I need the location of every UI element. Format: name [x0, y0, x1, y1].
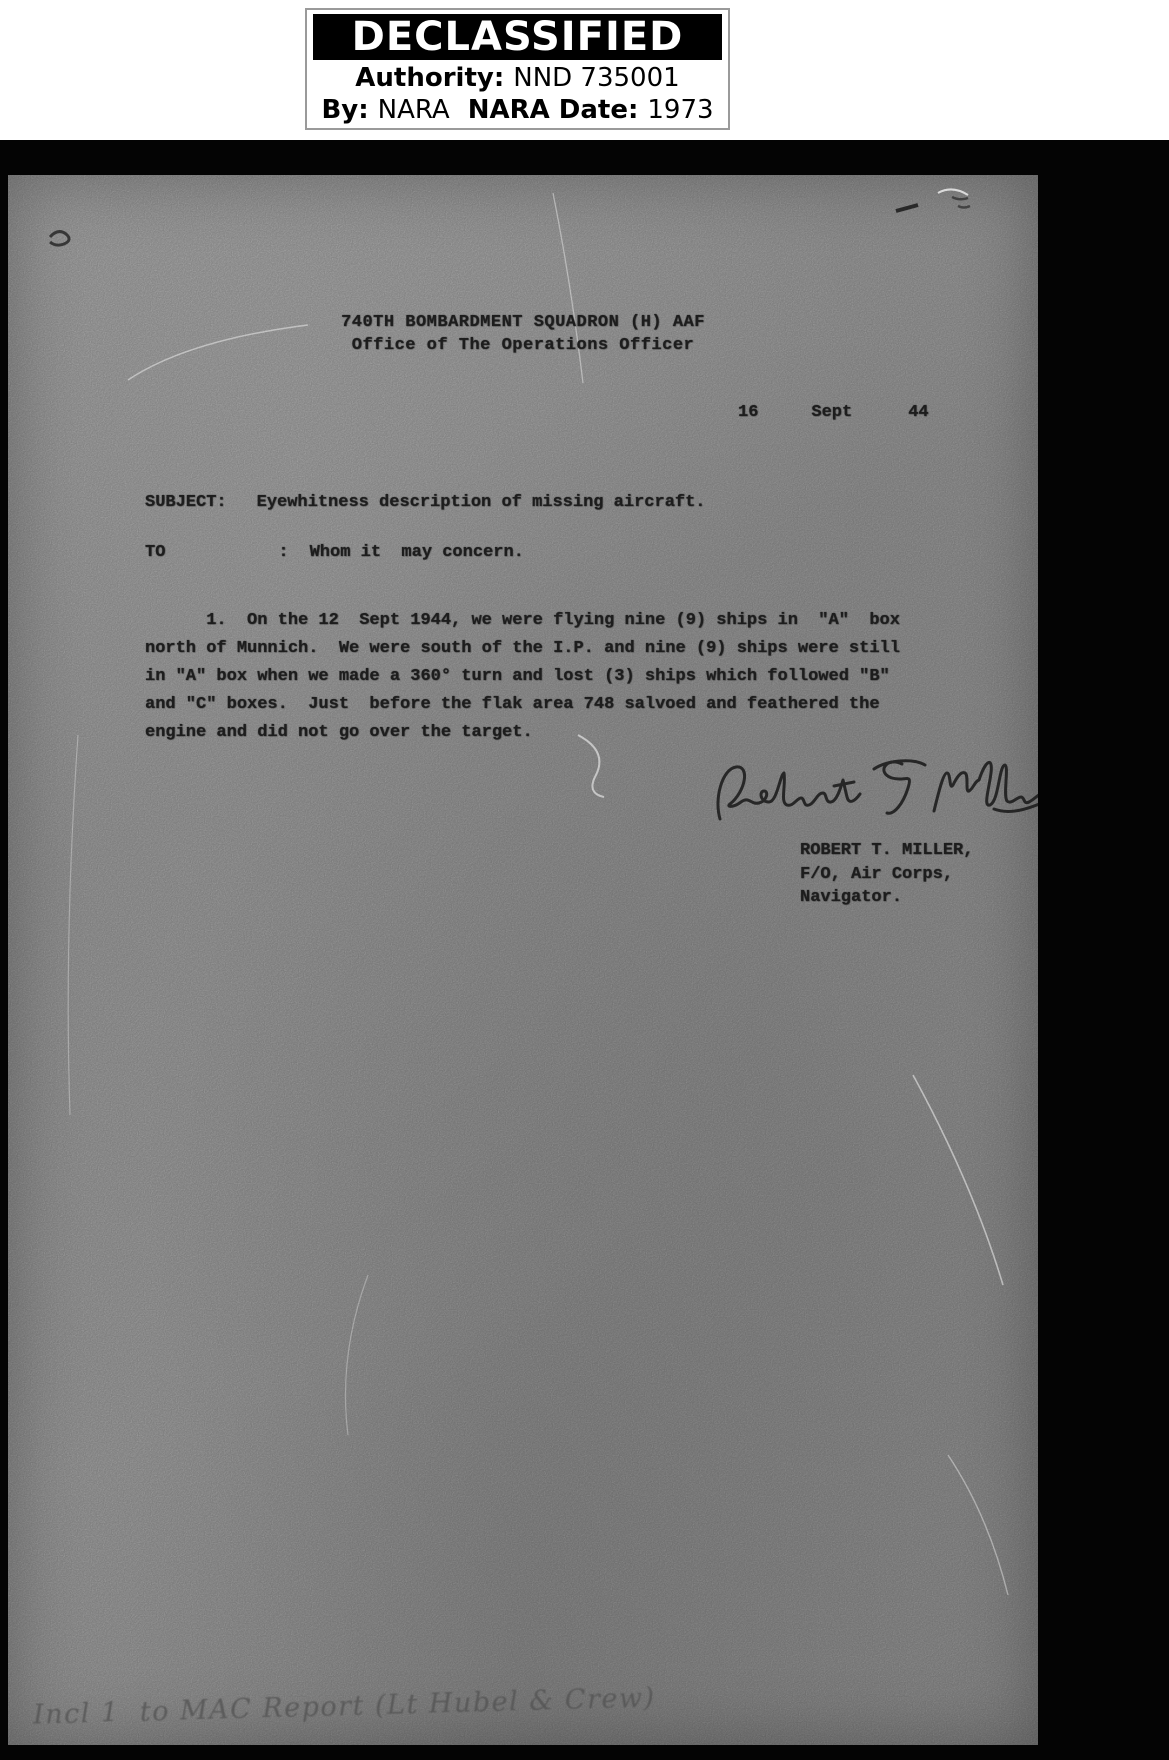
date-year: 44: [908, 403, 928, 422]
stamp-by-value: NARA: [378, 95, 450, 125]
stamp-authority-label: Authority:: [355, 63, 504, 93]
stamp-authority-line: Authority:NND 735001: [307, 62, 728, 94]
to-line: TO:Whom it may concern.: [145, 543, 524, 562]
subject-value: Eyewhitness description of missing aircr…: [257, 493, 706, 512]
signature-block: ROBERT T. MILLER, F/O, Air Corps, Naviga…: [800, 839, 973, 910]
letterhead-line1: 740TH BOMBARDMENT SQUADRON (H) AAF: [8, 311, 1038, 334]
signer-role: Navigator.: [800, 886, 973, 910]
signature-handwriting: [706, 747, 1038, 842]
subject-line: SUBJECT:Eyewhitness description of missi…: [145, 493, 706, 512]
date-day: 16: [738, 403, 758, 422]
body-paragraph: 1. On the 12 Sept 1944, we were flying n…: [145, 607, 900, 747]
signer-name: ROBERT T. MILLER,: [800, 839, 973, 863]
to-separator: :: [278, 543, 288, 562]
letterhead: 740TH BOMBARDMENT SQUADRON (H) AAF Offic…: [8, 311, 1038, 357]
handwritten-note: Incl 1 to MAC Report (Lt Hubel & Crew): [33, 1682, 656, 1730]
declassification-stamp: DECLASSIFIED Authority:NND 735001 By:NAR…: [305, 8, 730, 130]
to-label: TO: [145, 543, 165, 562]
letterhead-line2: Office of The Operations Officer: [8, 334, 1038, 357]
stamp-date-label: NARA Date:: [468, 95, 639, 125]
declassification-stamp-area: DECLASSIFIED Authority:NND 735001 By:NAR…: [0, 0, 1169, 140]
stamp-by-label: By:: [321, 95, 368, 125]
date-month: Sept: [811, 403, 852, 422]
document-scan: 740TH BOMBARDMENT SQUADRON (H) AAF Offic…: [0, 140, 1169, 1760]
stamp-authority-value: NND 735001: [513, 63, 679, 93]
paper-sheet: 740TH BOMBARDMENT SQUADRON (H) AAF Offic…: [8, 175, 1038, 1745]
date-line: 16Sept44: [738, 403, 929, 422]
stamp-title: DECLASSIFIED: [313, 14, 722, 60]
body-line: engine and did not go over the target.: [145, 719, 900, 747]
to-value: Whom it may concern.: [310, 543, 524, 562]
body-line: in "A" box when we made a 360° turn and …: [145, 663, 900, 691]
body-line: and "C" boxes. Just before the flak area…: [145, 691, 900, 719]
subject-label: SUBJECT:: [145, 493, 227, 512]
body-line: north of Munnich. We were south of the I…: [145, 635, 900, 663]
body-line: 1. On the 12 Sept 1944, we were flying n…: [145, 607, 900, 635]
stamp-date-value: 1973: [647, 95, 713, 125]
signer-rank: F/O, Air Corps,: [800, 863, 973, 887]
stamp-by-line: By:NARANARA Date:1973: [307, 94, 728, 126]
